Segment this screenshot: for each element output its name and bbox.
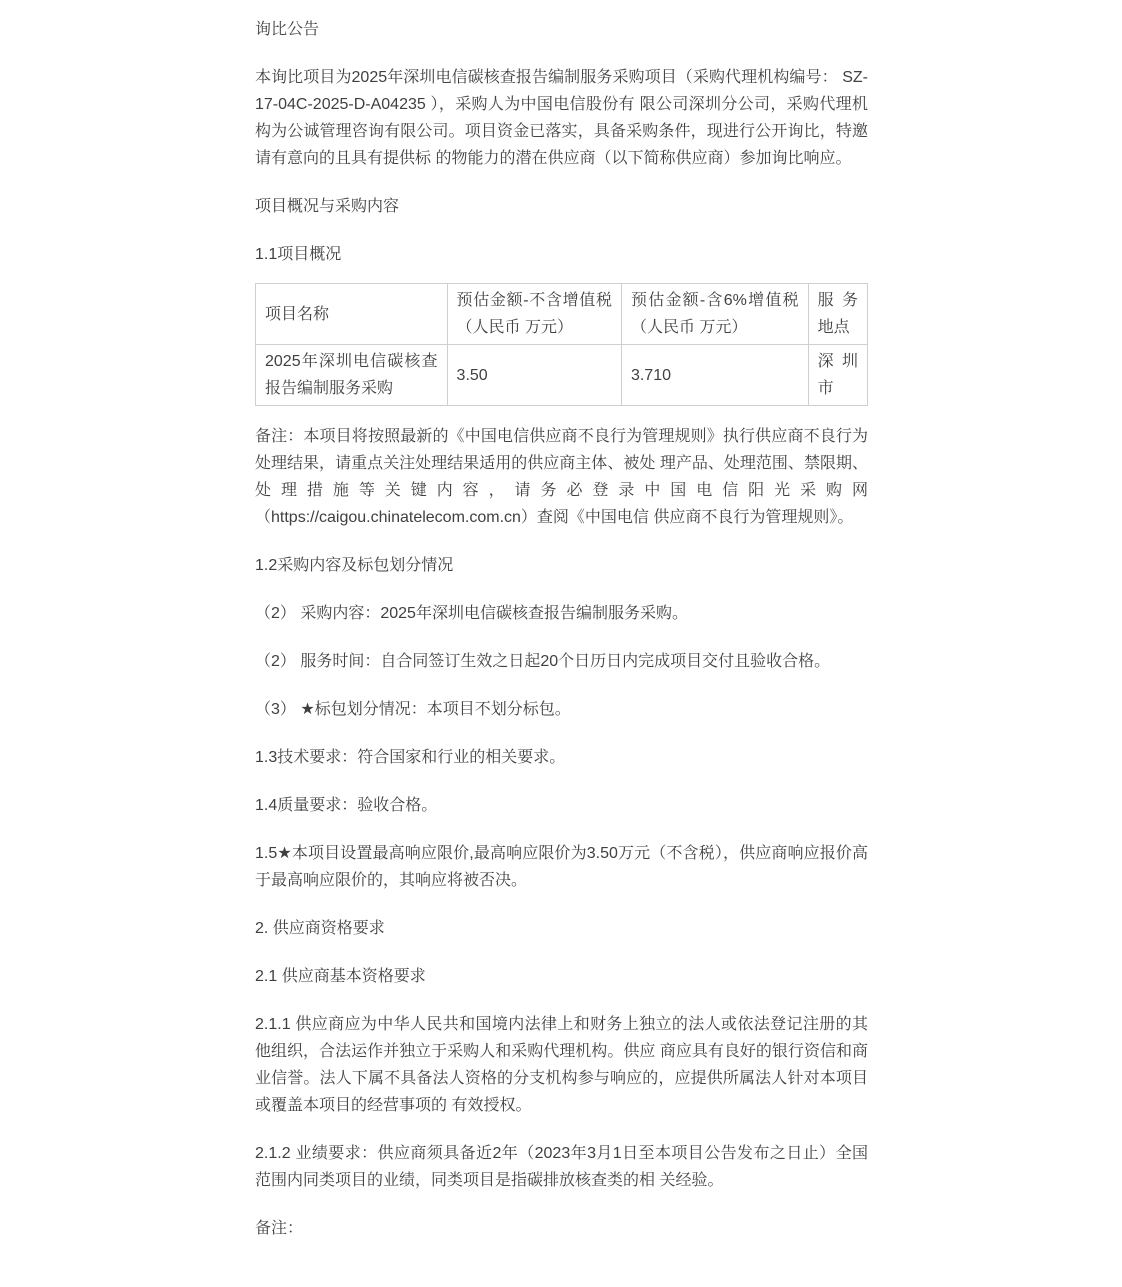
section-2-1-heading: 2.1 供应商基本资格要求 [255,963,868,990]
section-1-4-quality-requirements: 1.4质量要求：验收合格。 [255,792,868,819]
column-header-amount-incl-vat: 预估金额-含6%增值税（人民币 万元） [621,284,808,345]
section-1-5-price-ceiling: 1.5★本项目设置最高响应限价,最高响应限价为3.50万元（不含税），供应商响应… [255,840,868,894]
table-header-row: 项目名称 预估金额-不含增值税（人民币 万元） 预估金额-含6%增值税（人民币 … [256,284,868,345]
final-note: 备注： [255,1215,868,1242]
cell-service-location: 深圳市 [808,345,867,406]
item-service-time: （2） 服务时间：自合同签订生效之日起20个日历日内完成项目交付且验收合格。 [255,648,868,675]
section-1-2-heading: 1.2采购内容及标包划分情况 [255,552,868,579]
column-header-amount-excl-vat: 预估金额-不含增值税（人民币 万元） [447,284,621,345]
section-2-1-2-performance-requirement: 2.1.2 业绩要求：供应商须具备近2年（2023年3月1日至本项目公告发布之日… [255,1140,868,1194]
page-title: 询比公告 [255,16,868,43]
cell-project-name: 2025年深圳电信碳核查 报告编制服务采购 [256,345,448,406]
item-purchase-content: （2） 采购内容：2025年深圳电信碳核查报告编制服务采购。 [255,600,868,627]
column-header-project-name: 项目名称 [256,284,448,345]
table-row: 2025年深圳电信碳核查 报告编制服务采购 3.50 3.710 深圳市 [256,345,868,406]
overview-heading: 项目概况与采购内容 [255,193,868,220]
cell-amount-incl-vat: 3.710 [621,345,808,406]
table-note-paragraph: 备注：本项目将按照最新的《中国电信供应商不良行为管理规则》执行供应商不良行为处理… [255,423,868,531]
section-2-1-1-basic-qualification: 2.1.1 供应商应为中华人民共和国境内法律上和财务上独立的法人或依法登记注册的… [255,1011,868,1119]
intro-paragraph: 本询比项目为2025年深圳电信碳核查报告编制服务采购项目（采购代理机构编号： S… [255,64,868,172]
project-overview-table: 项目名称 预估金额-不含增值税（人民币 万元） 预估金额-含6%增值税（人民币 … [255,283,868,406]
section-1-1-heading: 1.1项目概况 [255,241,868,268]
announcement-document: 询比公告 本询比项目为2025年深圳电信碳核查报告编制服务采购项目（采购代理机构… [255,16,868,1263]
column-header-service-location: 服务地点 [808,284,867,345]
section-2-heading: 2. 供应商资格要求 [255,915,868,942]
cell-amount-excl-vat: 3.50 [447,345,621,406]
item-package-division: （3） ★标包划分情况：本项目不划分标包。 [255,696,868,723]
section-1-3-technical-requirements: 1.3技术要求：符合国家和行业的相关要求。 [255,744,868,771]
